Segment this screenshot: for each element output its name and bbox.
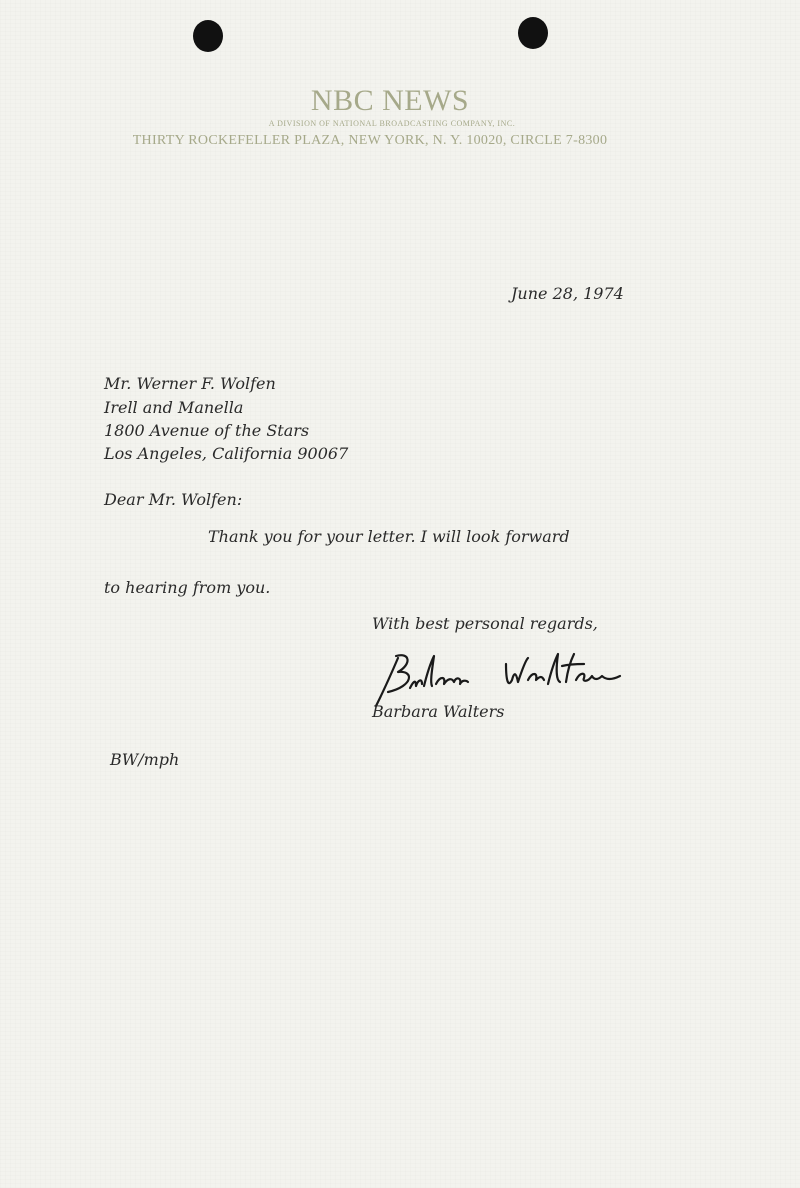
body-line: Thank you for your letter. I will look f… <box>208 527 570 546</box>
recipient-line: Irell and Manella <box>104 398 243 417</box>
letterhead-title: NBC NEWS <box>0 84 790 118</box>
reference-initials: BW/mph <box>110 750 179 769</box>
signature-name: Barbara Walters <box>372 702 504 721</box>
recipient-line: Los Angeles, California 90067 <box>104 444 348 463</box>
recipient-line: 1800 Avenue of the Stars <box>104 421 309 440</box>
punch-hole-left <box>193 20 223 52</box>
punch-hole-right <box>518 17 548 49</box>
salutation: Dear Mr. Wolfen: <box>104 490 242 509</box>
letter-date: June 28, 1974 <box>511 284 624 303</box>
body-line: to hearing from you. <box>104 578 270 597</box>
letterhead-division: A DIVISION OF NATIONAL BROADCASTING COMP… <box>0 119 792 128</box>
letterhead-address: THIRTY ROCKEFELLER PLAZA, NEW YORK, N. Y… <box>0 133 770 149</box>
closing: With best personal regards, <box>372 614 598 633</box>
handwritten-signature <box>370 650 640 710</box>
recipient-line: Mr. Werner F. Wolfen <box>104 374 276 393</box>
